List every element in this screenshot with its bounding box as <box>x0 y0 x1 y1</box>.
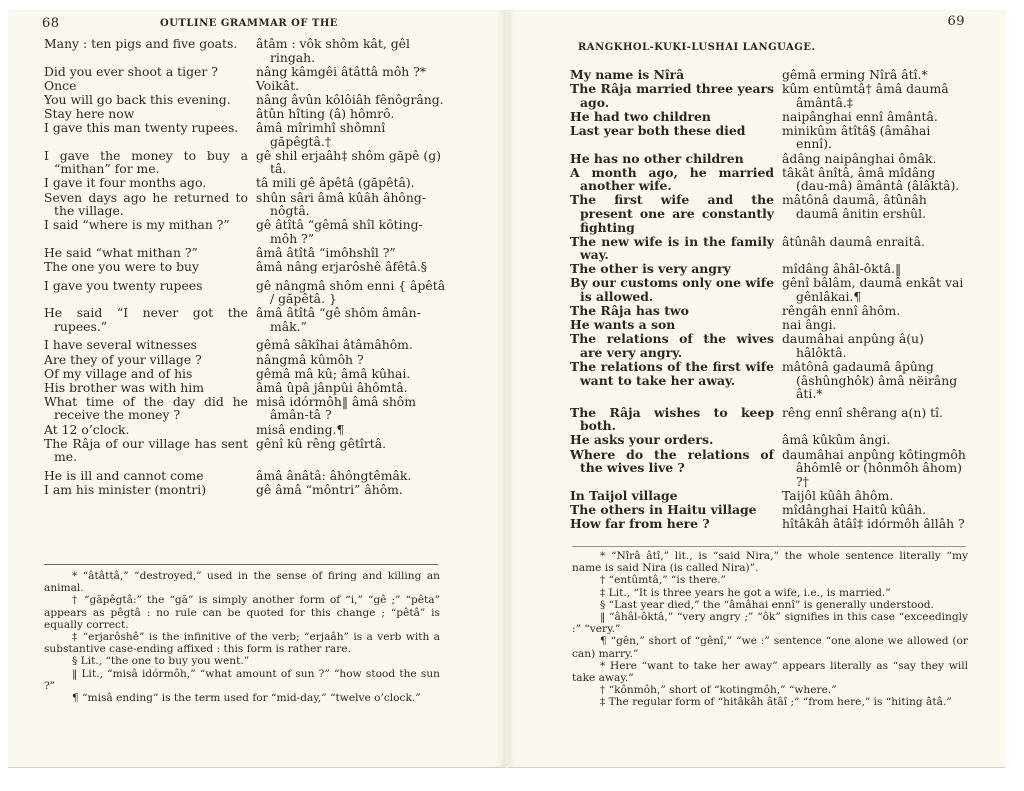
native-phrase: âtâm : vôk shôm kât, gêl ringah. <box>248 37 448 64</box>
english-phrase: Are they of your village ? <box>44 353 248 367</box>
native-phrase: âmâ ânâtâ: âhôngtêmâk. <box>248 469 448 483</box>
footnote: † “entûmtâ,” “is there.” <box>572 574 968 586</box>
footnote: § “Last year died,” the “âmâhai ennî” is… <box>572 599 968 611</box>
footnote: ¶ “misâ ending” is the term used for “mi… <box>44 692 440 704</box>
footnote: ‖ “âhâl-ôktâ,” “very angry ;” “ôk” signi… <box>572 611 968 635</box>
native-phrase: nângmâ kûmôh ? <box>248 353 448 367</box>
native-phrase: gê âmâ “môntri” âhôm. <box>248 483 448 497</box>
phrase-row: I gave the money to buy a “mithan” for m… <box>44 149 448 176</box>
phrase-row: I gave it four months ago.tâ mili gê âpê… <box>44 176 448 190</box>
page-number: 69 <box>947 14 965 29</box>
left-page: 68 OUTLINE GRAMMAR OF THE Many : ten pig… <box>8 10 505 768</box>
phrase-row: I gave you twenty rupeesgê nângmâ shôm e… <box>44 279 448 306</box>
native-phrase: gêmâ mâ kû; âmâ kûhai. <box>248 367 448 381</box>
running-head-title: OUTLINE GRAMMAR OF THE <box>160 18 338 29</box>
english-phrase: He is ill and cannot come <box>44 469 248 483</box>
running-head: 68 OUTLINE GRAMMAR OF THE <box>8 18 505 34</box>
footnote: * “Nîrâ âtî,” lit., is “said Nira,” the … <box>572 550 968 574</box>
english-phrase: I gave you twenty rupees <box>44 279 248 306</box>
native-phrase: minikûm âtîtâ§ (âmâhai ennî). <box>774 124 970 151</box>
english-phrase: The Râja wishes to keep both. <box>570 406 774 433</box>
native-phrase: nâng âvûn kôlôiâh fênôgrâng. <box>248 93 448 107</box>
english-phrase: The others in Haitu village <box>570 503 774 517</box>
english-phrase: The Râja of our village has sent me. <box>44 437 248 464</box>
english-phrase: I gave it four months ago. <box>44 176 248 190</box>
footnote: ‡ Lit., “It is three years he got a wife… <box>572 587 968 599</box>
native-phrase: mâtônâ daumâ, âtûnâh daumâ ânitin ershûl… <box>774 193 970 234</box>
native-phrase: gê nângmâ shôm enni { âpêtâ / găpêtâ. } <box>248 279 448 306</box>
english-phrase: Last year both these died <box>570 124 774 151</box>
english-phrase: I am his minister (montri) <box>44 483 248 497</box>
english-phrase: The Râja has two <box>570 304 774 318</box>
native-phrase: âmâ ûpâ jânpûi âhômtâ. <box>248 381 448 395</box>
native-phrase: hîtâkâh âtâî‡ idórmôh âllâh ? <box>774 517 970 531</box>
phrase-row: He wants a sonnai ângi. <box>570 318 970 332</box>
native-phrase: âmâ nâng erjarôshê âfêtâ.§ <box>248 260 448 274</box>
native-phrase: tâ mili gê âpêtâ (găpêtâ). <box>248 176 448 190</box>
footnote: * Here “want to take her away” appears l… <box>572 660 968 684</box>
english-phrase: A month ago, he married another wife. <box>570 166 774 193</box>
phrase-row: His brother was with himâmâ ûpâ jânpûi â… <box>44 381 448 395</box>
native-phrase: âtûn hîting (â) hômrô. <box>248 107 448 121</box>
phrase-row: He has no other childrenâdâng naipânghai… <box>570 152 970 166</box>
phrase-row: A month ago, he married another wife.tâk… <box>570 166 970 193</box>
english-phrase: What time of the day did he receive the … <box>44 395 248 422</box>
native-phrase: tâkât ânîtâ, âmâ mîdâng (dau-mâ) âmântâ … <box>774 166 970 193</box>
phrase-list: My name is Nîrâgêmâ erming Nîrâ âtî.* Th… <box>570 68 970 531</box>
english-phrase: Stay here now <box>44 107 248 121</box>
phrase-row: He had two childrennaipânghai ennî âmânt… <box>570 110 970 124</box>
phrase-row: I said “where is my mithan ?”gê âtîtâ “g… <box>44 218 448 245</box>
phrase-row: The relations of the wives are very angr… <box>570 332 970 359</box>
phrase-row: I have several witnessesgêmâ sâkîhai âtâ… <box>44 338 448 352</box>
english-phrase: My name is Nîrâ <box>570 68 774 82</box>
right-page: RANGKHOL-KUKI-LUSHAI LANGUAGE. 69 My nam… <box>508 10 1005 768</box>
english-phrase: I said “where is my mithan ?” <box>44 218 248 245</box>
footnotes: * “Nîrâ âtî,” lit., is “said Nira,” the … <box>572 550 968 709</box>
native-phrase: gênî kû rêng gêtîrtâ. <box>248 437 448 464</box>
english-phrase: He wants a son <box>570 318 774 332</box>
native-phrase: nâng kâmgêi âtâttâ môh ?* <box>248 65 448 79</box>
english-phrase: I gave the money to buy a “mithan” for m… <box>44 149 248 176</box>
native-phrase: shûn sâri âmâ kûâh âhông-nôgtâ. <box>248 191 448 218</box>
footnote: ‡ The regular form of “hitâkâh âtâî ;” “… <box>572 696 968 708</box>
phrase-row: How far from here ?hîtâkâh âtâî‡ idórmôh… <box>570 517 970 531</box>
footnote-divider <box>572 546 966 547</box>
phrase-row: The Râja has tworêngâh ennî âhôm. <box>570 304 970 318</box>
phrase-row: The others in Haitu villagemîdânghai Hai… <box>570 503 970 517</box>
phrase-row: Stay here nowâtûn hîting (â) hômrô. <box>44 107 448 121</box>
english-phrase: The new wife is in the family way. <box>570 235 774 262</box>
footnote: † “kônmôh,” short of “kotingmôh,” “where… <box>572 684 968 696</box>
native-phrase: mîdâng âhâl-ôktâ.‖ <box>774 262 970 276</box>
english-phrase: The one you were to buy <box>44 260 248 274</box>
phrase-row: The new wife is in the family way.âtûnâh… <box>570 235 970 262</box>
phrase-row: The Râja wishes to keep both.rêng ennî s… <box>570 406 970 433</box>
native-phrase: âdâng naipânghai ômâk. <box>774 152 970 166</box>
phrase-row: Did you ever shoot a tiger ?nâng kâmgêi … <box>44 65 448 79</box>
footnote-divider <box>44 564 438 565</box>
native-phrase: gêmâ sâkîhai âtâmâhôm. <box>248 338 448 352</box>
native-phrase: gê shil erjaâh‡ shôm găpê (g) tâ. <box>248 149 448 176</box>
phrase-row: He is ill and cannot comeâmâ ânâtâ: âhôn… <box>44 469 448 483</box>
phrase-row: Many : ten pigs and five goats.âtâm : vô… <box>44 37 448 64</box>
english-phrase: His brother was with him <box>44 381 248 395</box>
english-phrase: Many : ten pigs and five goats. <box>44 37 248 64</box>
english-phrase: The relations of the wives are very angr… <box>570 332 774 359</box>
phrase-row: What time of the day did he receive the … <box>44 395 448 422</box>
english-phrase: I gave this man twenty rupees. <box>44 121 248 148</box>
english-phrase: The first wife and the present one are c… <box>570 193 774 234</box>
native-phrase: daumâhai anpûng kôtingmôh âhômlê or (hôn… <box>774 448 970 489</box>
native-phrase: mîdânghai Haitû kûâh. <box>774 503 970 517</box>
phrase-row: The Râja married three years ago.kûm ent… <box>570 82 970 109</box>
phrase-row: Last year both these diedminikûm âtîtâ§ … <box>570 124 970 151</box>
phrase-row: OnceVoikât. <box>44 79 448 93</box>
english-phrase: Where do the relations of the wives live… <box>570 448 774 489</box>
native-phrase: kûm entûmtâ† âmâ daumâ âmântâ.‡ <box>774 82 970 109</box>
native-phrase: âmâ kûkûm ângi. <box>774 433 970 447</box>
english-phrase: At 12 o’clock. <box>44 423 248 437</box>
english-phrase: Of my village and of his <box>44 367 248 381</box>
page-number: 68 <box>42 16 60 31</box>
native-phrase: âmâ âtîtâ “imôhshîl ?” <box>248 246 448 260</box>
native-phrase: âmâ âtîtâ “gê shôm âmân-mâk.” <box>248 306 448 333</box>
english-phrase: By our customs only one wife is allowed. <box>570 276 774 303</box>
phrase-row: By our customs only one wife is allowed.… <box>570 276 970 303</box>
phrase-row: I gave this man twenty rupees.âmâ mîrimh… <box>44 121 448 148</box>
native-phrase: misâ idórmôh‖ âmâ shôm âmân-tâ ? <box>248 395 448 422</box>
footnote: § Lit., “the one to buy you went.” <box>44 655 440 667</box>
phrase-row: He said “I never got the rupees.”âmâ âtî… <box>44 306 448 333</box>
native-phrase: Taijôl kûâh âhôm. <box>774 489 970 503</box>
english-phrase: In Taijol village <box>570 489 774 503</box>
native-phrase: rêngâh ennî âhôm. <box>774 304 970 318</box>
footnote: ¶ “gên,” short of “gênî,” “we :” sentenc… <box>572 635 968 659</box>
native-phrase: nai ângi. <box>774 318 970 332</box>
phrase-row: I am his minister (montri)gê âmâ “môntri… <box>44 483 448 497</box>
english-phrase: You will go back this evening. <box>44 93 248 107</box>
phrase-row: The relations of the first wife want to … <box>570 360 970 401</box>
english-phrase: Did you ever shoot a tiger ? <box>44 65 248 79</box>
english-phrase: He said “I never got the rupees.” <box>44 306 248 333</box>
native-phrase: gê âtîtâ “gêmâ shîl kôting-môh ?” <box>248 218 448 245</box>
english-phrase: He had two children <box>570 110 774 124</box>
english-phrase: The Râja married three years ago. <box>570 82 774 109</box>
phrase-row: The first wife and the present one are c… <box>570 193 970 234</box>
english-phrase: Seven days ago he returned to the villag… <box>44 191 248 218</box>
footnote: ‡ “erjarôshê” is the infinitive of the v… <box>44 631 440 655</box>
phrase-row: At 12 o’clock.misâ ending.¶ <box>44 423 448 437</box>
phrase-row: The one you were to buyâmâ nâng erjarôsh… <box>44 260 448 274</box>
native-phrase: misâ ending.¶ <box>248 423 448 437</box>
phrase-row: In Taijol villageTaijôl kûâh âhôm. <box>570 489 970 503</box>
native-phrase: âtûnâh daumâ enraitâ. <box>774 235 970 262</box>
footnote: * “âtâttâ,” “destroyed,” used in the sen… <box>44 570 440 594</box>
running-head-title: RANGKHOL-KUKI-LUSHAI LANGUAGE. <box>578 42 815 53</box>
phrase-row: Where do the relations of the wives live… <box>570 448 970 489</box>
phrase-row: Are they of your village ?nângmâ kûmôh ? <box>44 353 448 367</box>
english-phrase: He said “what mithan ?” <box>44 246 248 260</box>
native-phrase: Voikât. <box>248 79 448 93</box>
phrase-row: My name is Nîrâgêmâ erming Nîrâ âtî.* <box>570 68 970 82</box>
footnote: ‖ Lit., “misâ idórmôh,” “what amount of … <box>44 668 440 692</box>
english-phrase: Once <box>44 79 248 93</box>
phrase-row: The other is very angrymîdâng âhâl-ôktâ.… <box>570 262 970 276</box>
phrase-row: The Râja of our village has sent me.gênî… <box>44 437 448 464</box>
footnote: † “găpêgtâ:” the “gă” is simply another … <box>44 594 440 631</box>
english-phrase: I have several witnesses <box>44 338 248 352</box>
english-phrase: The other is very angry <box>570 262 774 276</box>
footnotes: * “âtâttâ,” “destroyed,” used in the sen… <box>44 570 440 704</box>
native-phrase: rêng ennî shêrang a(n) tî. <box>774 406 970 433</box>
english-phrase: He asks your orders. <box>570 433 774 447</box>
phrase-row: He asks your orders.âmâ kûkûm ângi. <box>570 433 970 447</box>
running-head: RANGKHOL-KUKI-LUSHAI LANGUAGE. 69 <box>508 18 1005 34</box>
phrase-row: He said “what mithan ?”âmâ âtîtâ “imôhsh… <box>44 246 448 260</box>
native-phrase: daumâhai anpûng â(u) hâlôktâ. <box>774 332 970 359</box>
native-phrase: âmâ mîrimhî shômnî găpêgtâ.† <box>248 121 448 148</box>
phrase-row: You will go back this evening.nâng âvûn … <box>44 93 448 107</box>
native-phrase: gêmâ erming Nîrâ âtî.* <box>774 68 970 82</box>
native-phrase: mâtônâ gadaumâ âpûng (âshûnghôk) âmâ nëi… <box>774 360 970 401</box>
english-phrase: How far from here ? <box>570 517 774 531</box>
phrase-row: Of my village and of hisgêmâ mâ kû; âmâ … <box>44 367 448 381</box>
english-phrase: The relations of the first wife want to … <box>570 360 774 401</box>
native-phrase: gênî bâlâm, daumâ enkât vai gênlâkai.¶ <box>774 276 970 303</box>
phrase-row: Seven days ago he returned to the villag… <box>44 191 448 218</box>
native-phrase: naipânghai ennî âmântâ. <box>774 110 970 124</box>
english-phrase: He has no other children <box>570 152 774 166</box>
phrase-list: Many : ten pigs and five goats.âtâm : vô… <box>44 37 448 497</box>
